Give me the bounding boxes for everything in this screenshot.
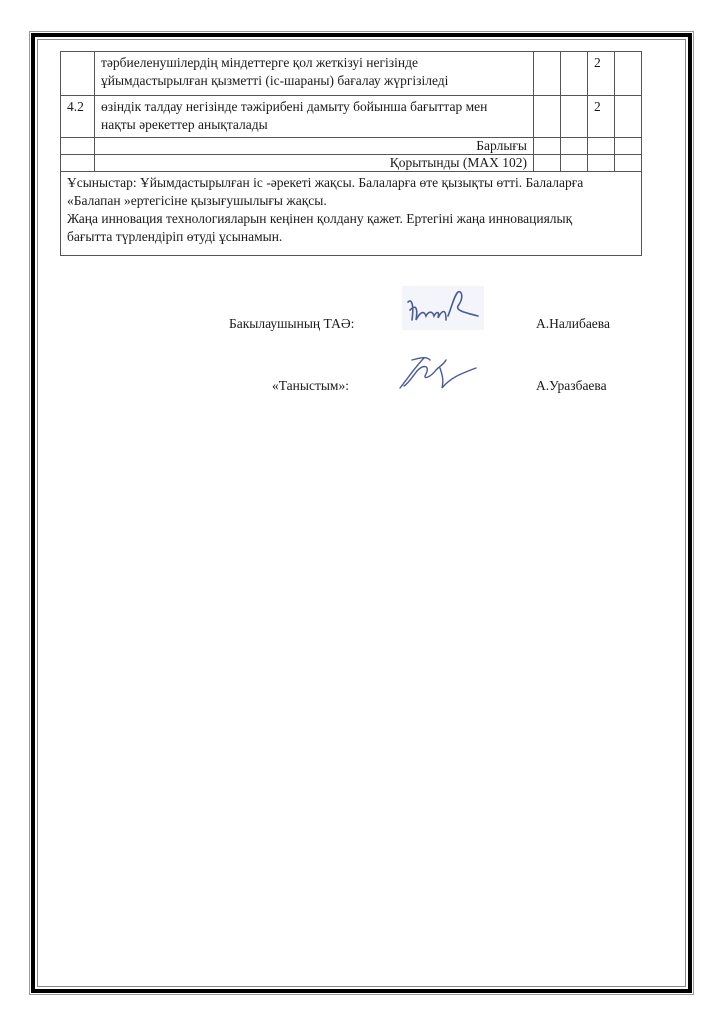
score-cell: 2 [588,96,615,138]
observer-label: Бакылаушының ТАӘ: [229,316,354,332]
acknowledged-name: А.Уразбаева [536,378,607,394]
row-number [61,52,95,96]
score-cell [534,96,561,138]
score-cell: 2 [588,52,615,96]
signature-icon [402,286,484,330]
score-cell [615,52,642,96]
recommendation-line: бағытта түрлендіріп өтуді ұсынамын. [67,228,635,246]
score-cell [561,96,588,138]
conclusion-label: Қорытынды (MAX 102) [95,155,534,172]
recommendation-line: Ұсыныстар: Ұйымдастырылған іс -әрекеті ж… [67,174,635,192]
score-cell [561,52,588,96]
score-cell [615,96,642,138]
score-cell [534,52,561,96]
score-cell [561,138,588,155]
observer-name: А.Налибаева [536,316,610,332]
score-cell [534,155,561,172]
table-row-conclusion: Қорытынды (MAX 102) [61,155,642,172]
criterion-description: тәрбиеленушілердің міндеттерге қол жеткі… [95,52,534,96]
criterion-line: өзіндік талдау негізінде тәжірибені дамы… [101,98,527,116]
score-cell [534,138,561,155]
signature-icon [390,348,480,392]
recommendation-line: Жаңа инновация технологияларын кеңінен қ… [67,210,635,228]
row-number [61,138,95,155]
criterion-line: ұйымдастырылған қызметті (іс-шараны) бағ… [101,72,527,90]
score-cell [561,155,588,172]
score-cell [588,138,615,155]
table-row-total: Барлығы [61,138,642,155]
score-cell [615,155,642,172]
criterion-line: тәрбиеленушілердің міндеттерге қол жеткі… [101,54,527,72]
score-cell [588,155,615,172]
total-label: Барлығы [95,138,534,155]
score-cell [615,138,642,155]
row-number: 4.2 [61,96,95,138]
evaluation-table: тәрбиеленушілердің міндеттерге қол жеткі… [60,51,642,256]
row-number [61,155,95,172]
table-row: тәрбиеленушілердің міндеттерге қол жеткі… [61,52,642,96]
criterion-line: нақты әрекеттер анықталады [101,116,527,134]
criterion-description: өзіндік талдау негізінде тәжірибені дамы… [95,96,534,138]
recommendation-line: «Балапан »ертегісіне қызығушылығы жақсы. [67,192,635,210]
table-row: 4.2 өзіндік талдау негізінде тәжірибені … [61,96,642,138]
recommendations-cell: Ұсыныстар: Ұйымдастырылған іс -әрекеті ж… [61,172,642,256]
table-row-comments: Ұсыныстар: Ұйымдастырылған іс -әрекеті ж… [61,172,642,256]
acknowledged-label: «Таныстым»: [272,378,349,394]
